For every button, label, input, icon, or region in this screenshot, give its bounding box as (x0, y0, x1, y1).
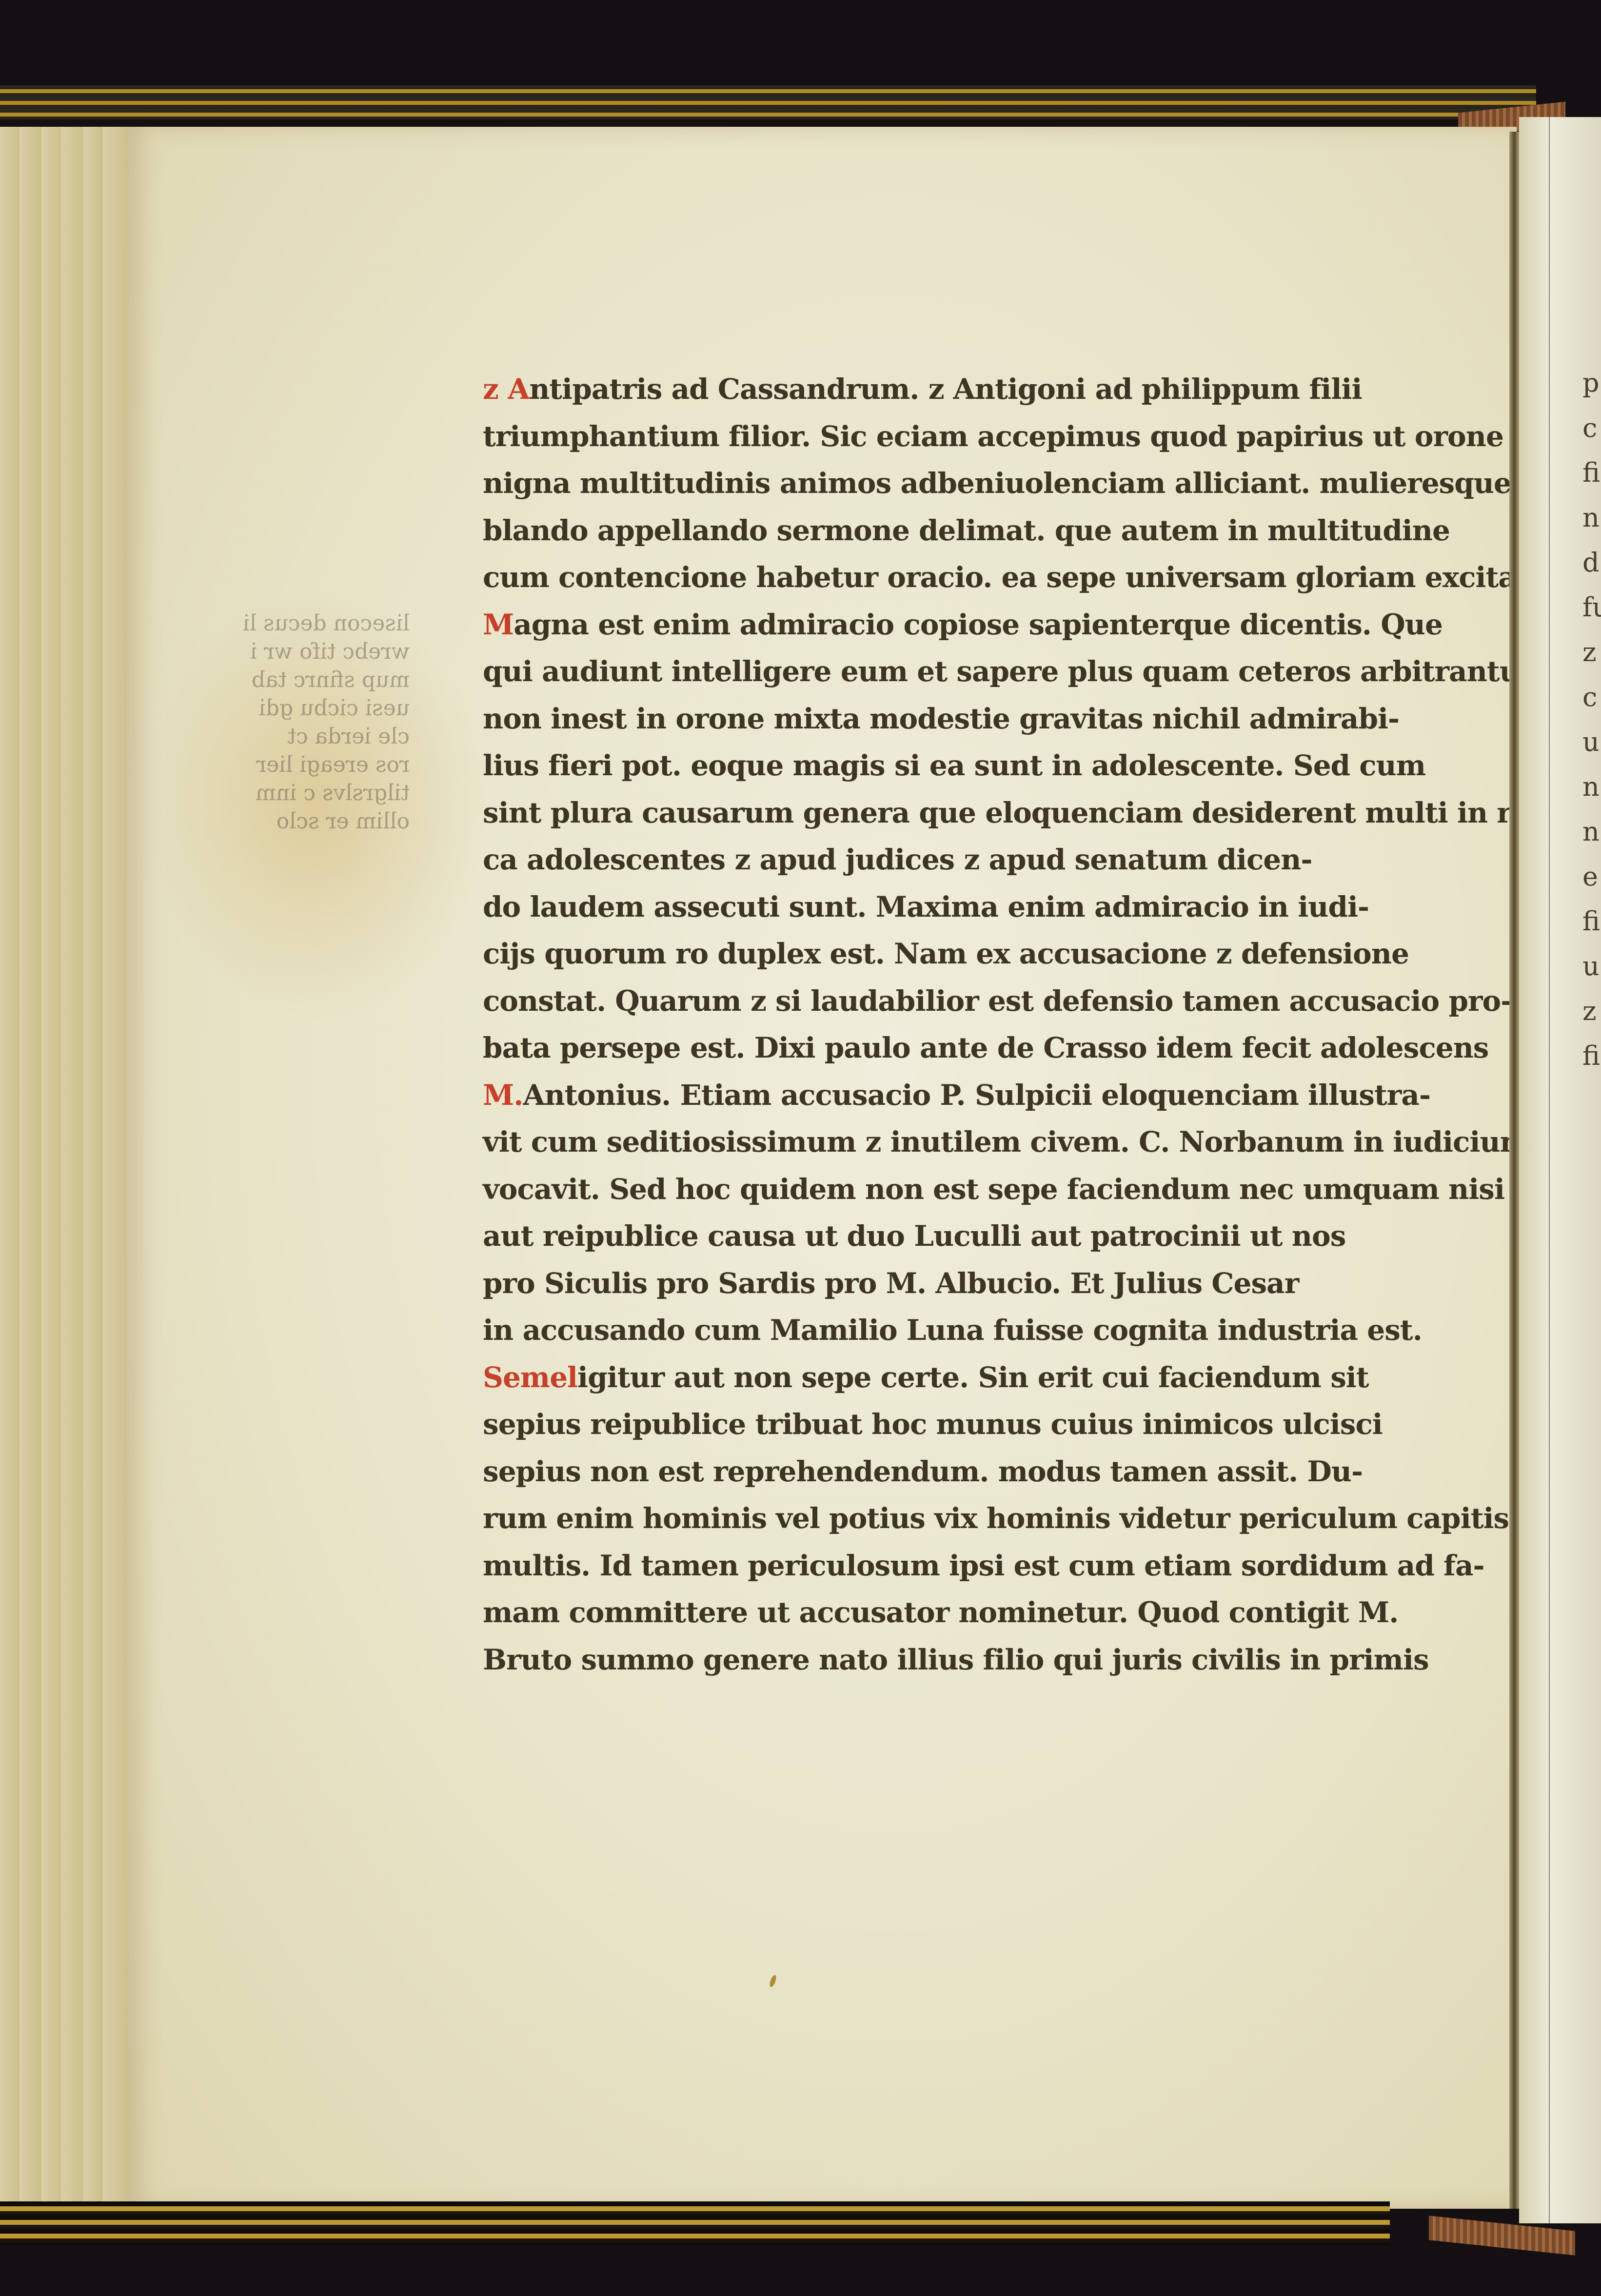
text-line: pro Siculis pro Sardis pro M. Albucio. E… (483, 1260, 1424, 1307)
facing-line: p (1582, 361, 1601, 406)
line-text: qui audiunt intelligere eum et sapere pl… (483, 655, 1580, 688)
line-text: lius fieri pot. eoque magis si ea sunt i… (483, 749, 1425, 782)
text-line: blando appellando sermone delimat. que a… (483, 507, 1424, 554)
offset-line: wrebc tifo wr i (166, 638, 410, 666)
facing-line: n (1582, 809, 1601, 854)
facing-line: z (1582, 989, 1601, 1034)
facing-line: n (1582, 765, 1601, 809)
text-line: cum contencione habetur oracio. ea sepe … (483, 554, 1424, 601)
text-line: nigna multitudinis animos adbeniuolencia… (483, 460, 1424, 507)
offset-line: ollim er sclo (166, 807, 410, 836)
facing-line: n (1582, 495, 1601, 540)
line-text: rum enim hominis vel potius vix hominis … (483, 1502, 1601, 1535)
offset-line: cle ierda ct (166, 723, 410, 751)
text-line: Semeligitur aut non sepe certe. Sin erit… (483, 1354, 1424, 1401)
facing-page-text: p c fi n d fu z c u n n e fi u z fi (1582, 361, 1601, 1079)
line-text: in accusando cum Mamilio Luna fuisse cog… (483, 1314, 1422, 1347)
text-line: constat. Quarum z si laudabilior est def… (483, 978, 1424, 1025)
text-line: rum enim hominis vel potius vix hominis … (483, 1495, 1424, 1542)
text-line: ca adolescentes z apud judices z apud se… (483, 836, 1424, 883)
facing-line: fi (1582, 899, 1601, 944)
facing-line: c (1582, 675, 1601, 720)
offset-line: lisecon decus li (166, 609, 410, 638)
text-line: lius fieri pot. eoque magis si ea sunt i… (483, 742, 1424, 789)
facing-line: fu (1582, 585, 1601, 630)
text-line: multis. Id tamen periculosum ipsi est cu… (483, 1542, 1424, 1590)
line-text: constat. Quarum z si laudabilior est def… (483, 984, 1512, 1018)
line-text: ca adolescentes z apud judices z apud se… (483, 843, 1312, 876)
line-text: sepius non est reprehendendum. modus tam… (483, 1455, 1363, 1488)
rubric-initial: M. (483, 1079, 523, 1112)
text-line: bata persepe est. Dixi paulo ante de Cra… (483, 1024, 1424, 1072)
gilt-edge-top (0, 85, 1536, 119)
line-text: agna est enim admiracio copiose sapiente… (514, 608, 1443, 641)
text-line: non inest in orone mixta modestie gravit… (483, 695, 1424, 743)
text-line: Bruto summo genere nato illius filio qui… (483, 1636, 1424, 1684)
line-text: cijs quorum ro duplex est. Nam ex accusa… (483, 937, 1409, 970)
line-text: do laudem assecuti sunt. Maxima enim adm… (483, 890, 1369, 923)
text-line: vit cum seditiosissimum z inutilem civem… (483, 1119, 1424, 1166)
facing-line: fi (1582, 1034, 1601, 1079)
facing-line: u (1582, 944, 1601, 989)
rubric-initial: M (483, 608, 514, 641)
line-text: vocavit. Sed hoc quidem non est sepe fac… (483, 1173, 1504, 1206)
gutter-shadow (1509, 132, 1519, 2209)
line-text: blando appellando sermone delimat. que a… (483, 514, 1450, 547)
text-line: sepius reipublice tribuat hoc munus cuiu… (483, 1401, 1424, 1448)
rubric-initial: Semel (483, 1361, 577, 1394)
gilt-edge-bottom (0, 2201, 1390, 2245)
facing-line: u (1582, 720, 1601, 765)
text-line: sint plura causarum genera que eloquenci… (483, 789, 1424, 837)
text-line: in accusando cum Mamilio Luna fuisse cog… (483, 1307, 1424, 1354)
line-text: nigna multitudinis animos adbeniuolencia… (483, 467, 1511, 500)
offset-text: lisecon decus li wrebc tifo wr i mup sfi… (166, 609, 410, 836)
text-line: mam committere ut accusator nominetur. Q… (483, 1589, 1424, 1636)
text-line: triumphantium filior. Sic eciam accepimu… (483, 413, 1424, 460)
rubric-initial: z A (483, 373, 529, 406)
line-text: aut reipublice causa ut duo Luculli aut … (483, 1219, 1345, 1253)
text-line: qui audiunt intelligere eum et sapere pl… (483, 648, 1424, 695)
text-line: do laudem assecuti sunt. Maxima enim adm… (483, 883, 1424, 931)
line-text: triumphantium filior. Sic eciam accepimu… (483, 420, 1561, 453)
offset-line: mup sfinrc tab (166, 666, 410, 694)
text-line: cijs quorum ro duplex est. Nam ex accusa… (483, 930, 1424, 978)
facing-line: c (1582, 406, 1601, 451)
line-text: ntipatris ad Cassandrum. z Antigoni ad p… (529, 373, 1362, 406)
text-line: vocavit. Sed hoc quidem non est sepe fac… (483, 1166, 1424, 1213)
line-text: igitur aut non sepe certe. Sin erit cui … (577, 1361, 1369, 1394)
line-text: pro Siculis pro Sardis pro M. Albucio. E… (483, 1267, 1299, 1300)
offset-line: tilgrslvs c inm (166, 779, 410, 807)
line-text: bata persepe est. Dixi paulo ante de Cra… (483, 1031, 1488, 1064)
line-text: mam committere ut accusator nominetur. Q… (483, 1596, 1398, 1629)
facing-line: fi (1582, 451, 1601, 495)
stacked-leaves (0, 127, 132, 2209)
line-text: multis. Id tamen periculosum ipsi est cu… (483, 1549, 1484, 1582)
facing-line: z (1582, 630, 1601, 675)
text-line: M.Antonius. Etiam accusacio P. Sulpicii … (483, 1072, 1424, 1119)
line-text: sepius reipublice tribuat hoc munus cuiu… (483, 1408, 1383, 1441)
facing-page-edge (1549, 117, 1550, 2223)
text-line: sepius non est reprehendendum. modus tam… (483, 1448, 1424, 1495)
line-text: Antonius. Etiam accusacio P. Sulpicii el… (523, 1079, 1430, 1112)
line-text: vit cum seditiosissimum z inutilem civem… (483, 1125, 1529, 1158)
offset-line: ros ereagi lier (166, 751, 410, 779)
text-line: Magna est enim admiracio copiose sapient… (483, 601, 1424, 648)
offset-line: uesi cicbu gdi (166, 694, 410, 723)
line-text: non inest in orone mixta modestie gravit… (483, 702, 1399, 735)
facing-line: d (1582, 540, 1601, 585)
line-text: cum contencione habetur oracio. ea sepe … (483, 561, 1538, 594)
text-line: aut reipublice causa ut duo Luculli aut … (483, 1213, 1424, 1260)
line-text: Bruto summo genere nato illius filio qui… (483, 1643, 1429, 1676)
text-line: z Antipatris ad Cassandrum. z Antigoni a… (483, 366, 1424, 413)
facing-line: e (1582, 854, 1601, 899)
text-block: z Antipatris ad Cassandrum. z Antigoni a… (483, 366, 1424, 1683)
line-text: sint plura causarum genera que eloquenci… (483, 796, 1601, 829)
